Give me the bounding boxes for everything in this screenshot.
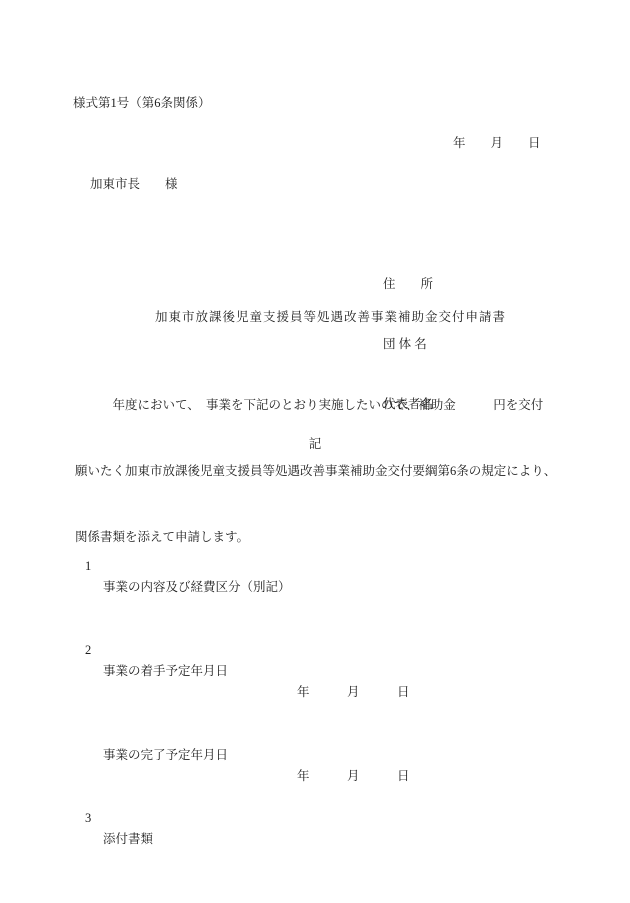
item-label: 事業の内容及び経費区分（別記） — [103, 577, 291, 598]
list-item: 2 事業の着手予定年月日 年 月 日 — [0, 619, 630, 640]
application-form-page: 様式第1号（第6条関係） 年 月 日 加東市長 様 住 所 団 体 名 代表者名… — [0, 0, 630, 903]
list-item: 事業の完了予定年月日 年 月 日 — [0, 703, 630, 724]
item-list: 1 事業の内容及び経費区分（別記） 2 事業の着手予定年月日 年 月 日 事業の… — [0, 472, 630, 871]
item-label: 添付書類 — [103, 829, 153, 850]
item-date-placeholder: 年 月 日 — [297, 766, 410, 787]
item-number: 3 — [85, 808, 91, 829]
record-marker: 記 — [309, 438, 322, 451]
item-number: 2 — [85, 640, 91, 661]
address-label: 住 所 — [383, 274, 433, 294]
item-number: 1 — [85, 556, 91, 577]
document-title: 加東市放課後児童支援員等処遇改善事業補助金交付申請書 — [155, 311, 506, 324]
addressee-line: 加東市長 様 — [90, 178, 178, 191]
item-label: 事業の着手予定年月日 — [103, 661, 228, 682]
item-label: 事業の完了予定年月日 — [103, 745, 228, 766]
date-line: 年 月 日 — [453, 137, 541, 150]
body-line: 年度において、 事業を下記のとおり実施したいので、補助金 円を交付 — [75, 394, 575, 416]
list-item: 3 添付書類 — [0, 787, 630, 808]
form-number: 様式第1号（第6条関係） — [73, 97, 211, 110]
list-item: 1 事業の内容及び経費区分（別記） — [0, 535, 630, 556]
item-date-placeholder: 年 月 日 — [297, 682, 410, 703]
